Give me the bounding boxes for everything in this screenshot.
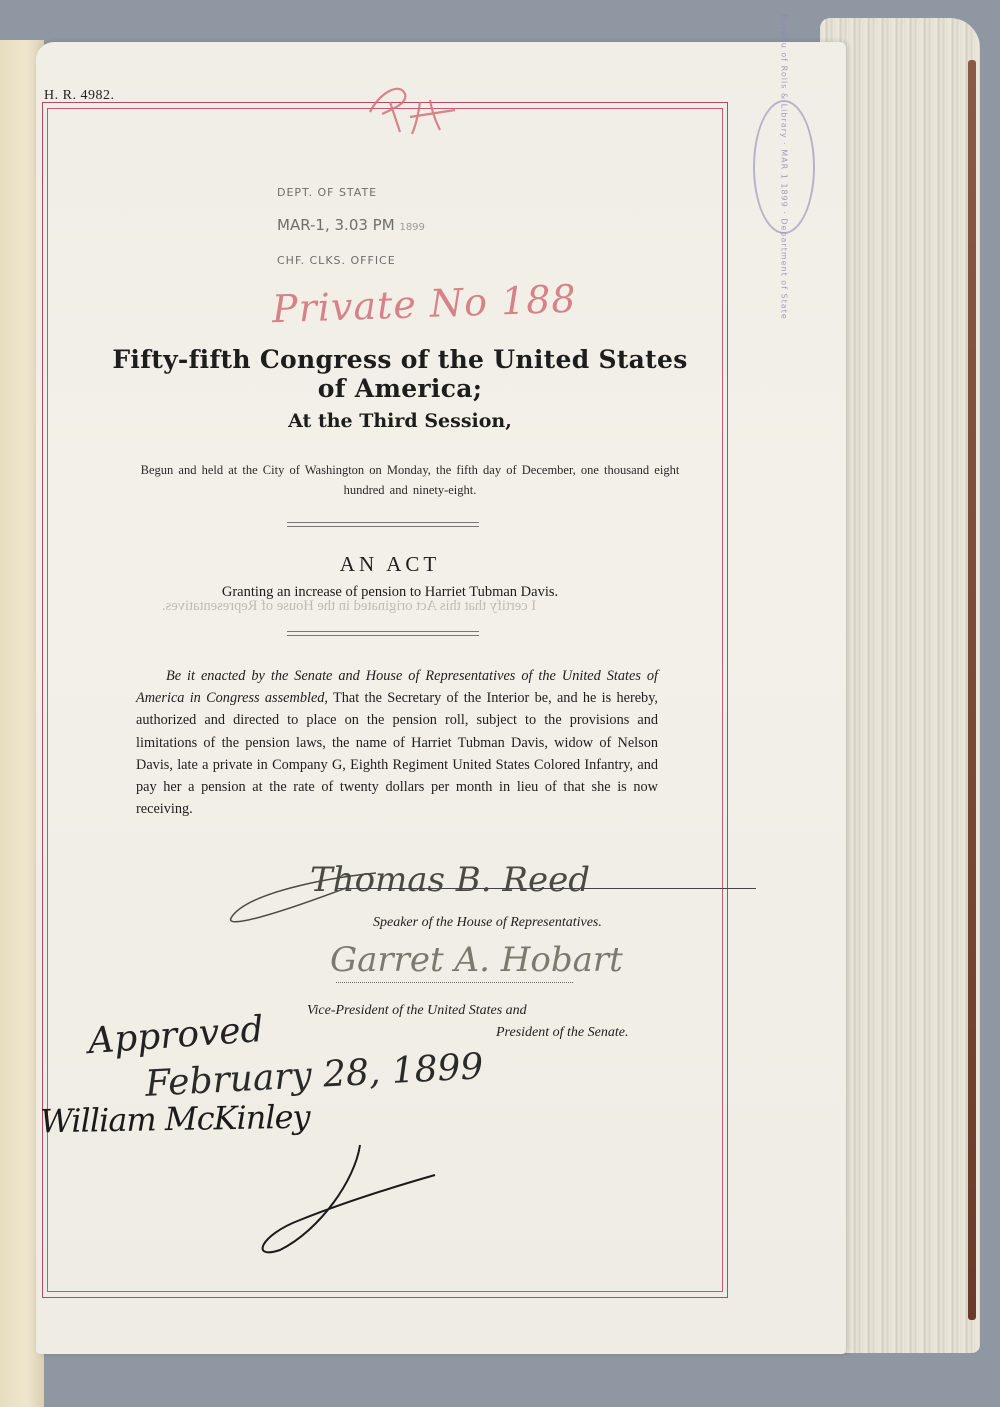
president-signature: William McKinley [40, 1098, 310, 1141]
bill-number: H. R. 4982. [44, 88, 114, 104]
act-body: Be it enacted by the Senate and House of… [136, 665, 658, 820]
vp-label-line1: Vice-President of the United States and [307, 1003, 527, 1019]
vp-label-line2: President of the Senate. [496, 1025, 628, 1041]
signature-flourish-icon [240, 1140, 440, 1260]
begun-statement: Begun and held at the City of Washington… [140, 460, 680, 500]
vice-president-signature: Garret A. Hobart [330, 940, 623, 980]
dept-stamp-year: 1899 [399, 222, 424, 233]
red-pencil-initials-icon [360, 72, 490, 142]
speaker-label: Speaker of the House of Representatives. [373, 915, 602, 931]
dept-stamp-line3: CHF. CLKS. OFFICE [277, 254, 396, 267]
speaker-signature-line [336, 888, 756, 889]
oval-stamp-text: Bureau of Rolls & Library · MAR 1 1899 ·… [780, 14, 789, 319]
divider-rule [287, 522, 479, 527]
bleed-through-text: I certify that this Act originated in th… [162, 598, 536, 615]
dept-stamp-time: MAR-1, 3.03 PM [277, 216, 395, 234]
book-binding [968, 60, 976, 1320]
dept-stamp-line1: DEPT. OF STATE [277, 186, 377, 199]
oval-receipt-stamp: Bureau of Rolls & Library · MAR 1 1899 ·… [753, 100, 815, 234]
act-paragraph: Be it enacted by the Senate and House of… [136, 665, 658, 820]
speaker-signature: Thomas B. Reed [310, 860, 590, 900]
dept-stamp-line2: MAR-1, 3.03 PM 1899 [277, 216, 425, 234]
congress-title: Fifty-fifth Congress of the United State… [100, 345, 700, 403]
vp-signature-line [336, 982, 573, 983]
act-heading: AN ACT [100, 552, 680, 577]
session-title: At the Third Session, [100, 410, 700, 432]
divider-rule [287, 631, 479, 636]
act-body-text: That the Secretary of the Interior be, a… [136, 690, 658, 817]
